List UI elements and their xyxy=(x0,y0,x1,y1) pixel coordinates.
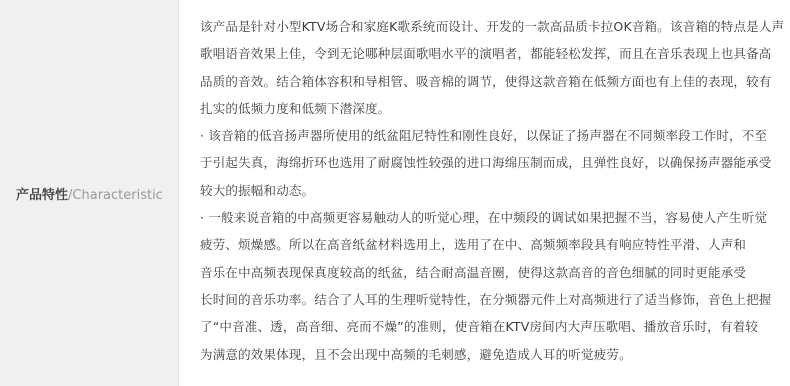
paragraph-mid-high-frequency: · 一般来说音箱的中高频更容易触动人的听觉心理，在中频段的调试如果把握不当，容易… xyxy=(200,204,790,368)
text-line: 为满意的效果体现，且不会出现中高频的毛刺感，避免造成人耳的听觉疲劳。 xyxy=(200,341,790,368)
text-line: 扎实的低频力度和低频下潜深度。 xyxy=(200,95,790,122)
text-line: · 该音箱的低音扬声器所使用的纸盆阻尼特性和刚性良好，以保证了扬声器在不同频率段… xyxy=(200,122,790,149)
text-line: · 一般来说音箱的中高频更容易触动人的听觉心理，在中频段的调试如果把握不当，容易… xyxy=(200,204,790,231)
text-line: 音乐在中高频表现保真度较高的纸盆，结合耐高温音圈，使得这款高音的音色细腻的同时更… xyxy=(200,259,790,286)
text-line: 疲劳、烦燥感。所以在高音纸盆材料选用上，选用了在中、高频频率段具有响应特性平滑、… xyxy=(200,231,790,258)
section-content: 该产品是针对小型KTV场合和家庭K歌系统而设计、开发的一款高品质卡拉OK音箱。该… xyxy=(179,0,790,386)
section-label-column: 产品特性/Characteristic xyxy=(0,0,179,386)
text-line: 长时间的音乐功率。结合了人耳的生理听觉特性，在分频器元件上对高频进行了适当修饰，… xyxy=(200,286,790,313)
text-line: 品质的音效。结合箱体容积和导相管、吸音棉的调节，使得这款音箱在低频方面也有上佳的… xyxy=(200,68,790,95)
paragraph-intro: 该产品是针对小型KTV场合和家庭K歌系统而设计、开发的一款高品质卡拉OK音箱。该… xyxy=(200,13,790,122)
text-line: 较大的振幅和动态。 xyxy=(200,177,790,204)
section-label-cn: 产品特性 xyxy=(16,188,68,203)
section-label-en: Characteristic xyxy=(72,188,162,203)
text-line: 该产品是针对小型KTV场合和家庭K歌系统而设计、开发的一款高品质卡拉OK音箱。该… xyxy=(200,13,790,40)
text-line: 于引起失真，海绵折环也选用了耐腐蚀性较强的进口海绵压制而成，且弹性良好，以确保扬… xyxy=(200,149,790,176)
product-characteristic-section: 产品特性/Characteristic 该产品是针对小型KTV场合和家庭K歌系统… xyxy=(0,0,790,386)
section-label: 产品特性/Characteristic xyxy=(16,184,163,203)
text-line: 歌唱语音效果上佳，令到无论哪种层面歌唱水平的演唱者，都能轻松发挥，而且在音乐表现… xyxy=(200,40,790,67)
paragraph-woofer: · 该音箱的低音扬声器所使用的纸盆阻尼特性和刚性良好，以保证了扬声器在不同频率段… xyxy=(200,122,790,204)
text-line: 了“中音准、透，高音细、亮而不燥”的准则，使音箱在KTV房间内大声压歌唱、播放音… xyxy=(200,313,790,340)
